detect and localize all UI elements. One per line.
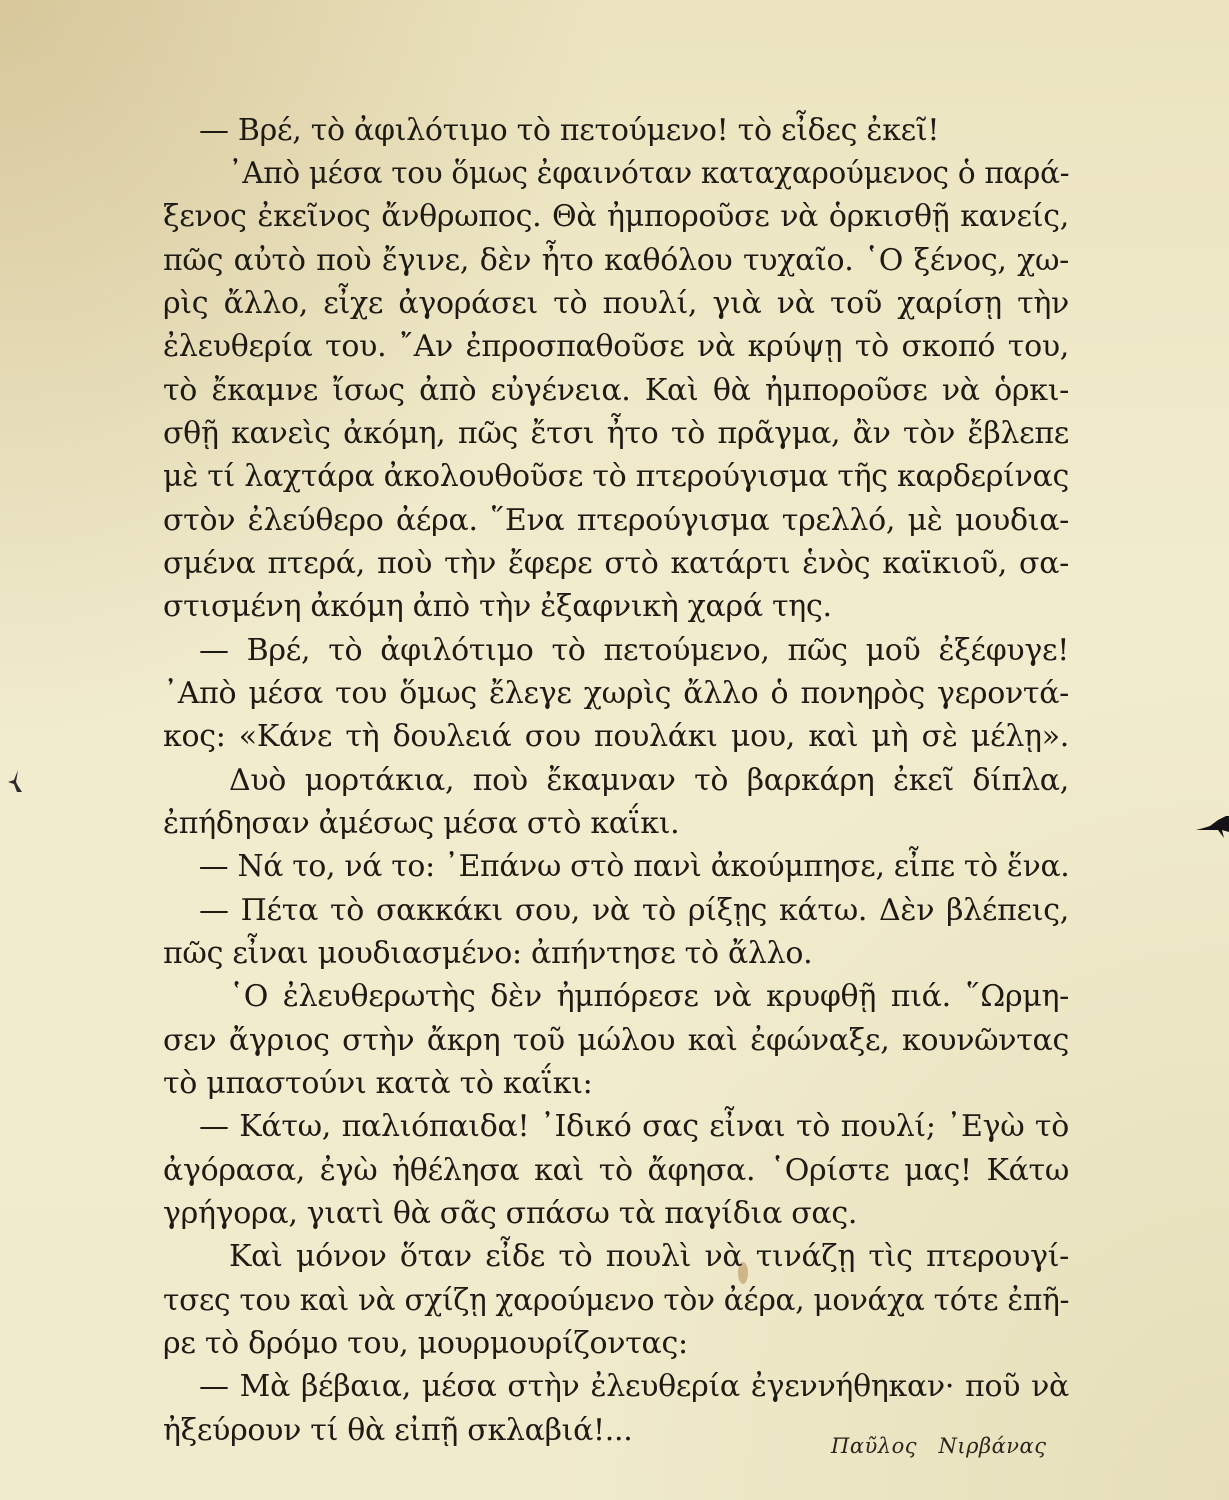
- text-line: — Νά το, νά το: ᾽Επάνω στὸ πανὶ ἀκούμπησ…: [163, 844, 1069, 890]
- text-line: μὲ τί λαχτάρα ἀκολουθοῦσε τὸ πτερούγισμα…: [163, 454, 1069, 500]
- text-line: ῾Ο ἐλευθερωτὴς δὲν ἠμπόρεσε νὰ κρυφθῇ πι…: [163, 974, 1069, 1020]
- text-line: πῶς αὐτὸ ποὺ ἔγινε, δὲν ἦτο καθόλου τυχα…: [163, 238, 1069, 284]
- text-line: Δυὸ μορτάκια, ποὺ ἔκαμναν τὸ βαρκάρη ἐκε…: [163, 758, 1069, 804]
- text-line: σεν ἄγριος στὴν ἄκρη τοῦ μώλου καὶ ἐφώνα…: [163, 1018, 1069, 1064]
- author-signature: Παῦλος Νιρβάνας: [831, 1434, 1047, 1458]
- text-line: ᾽Απὸ μέσα του ὅμως ἔλεγε χωρὶς ἄλλο ὁ πο…: [163, 671, 1069, 717]
- text-line: ρὶς ἄλλο, εἶχε ἀγοράσει τὸ πουλί, γιὰ νὰ…: [163, 281, 1069, 327]
- text-line: κος: «Κάνε τὴ δουλειά σου πουλάκι μου, κ…: [163, 714, 1069, 760]
- text-line: ἐπήδησαν ἀμέσως μέσα στὸ καΐκι.: [163, 801, 679, 847]
- margin-ink-mark-left: [6, 770, 24, 800]
- text-line: ᾽Απὸ μέσα του ὅμως ἐφαινόταν καταχαρούμε…: [163, 151, 1069, 197]
- text-line: ξενος ἐκεῖνος ἄνθρωπος. Θὰ ἠμποροῦσε νὰ …: [163, 194, 1069, 240]
- text-line: τὸ ἔκαμνε ἴσως ἀπὸ εὐγένεια. Καὶ θὰ ἠμπο…: [163, 368, 1069, 414]
- text-line: ἐλευθερία του. ῎Αν ἐπροσπαθοῦσε νὰ κρύψῃ…: [163, 324, 1069, 370]
- text-line: Καὶ μόνον ὅταν εἶδε τὸ πουλὶ νὰ τινάζῃ τ…: [163, 1234, 1069, 1280]
- text-line: πῶς εἶναι μουδιασμένο: ἀπήντησε τὸ ἄλλο.: [163, 931, 812, 977]
- text-line: στισμένη ἀκόμη ἀπὸ τὴν ἐξαφνικὴ χαρά της…: [163, 584, 832, 630]
- text-line: στὸν ἐλεύθερο ἀέρα. ῞Ενα πτερούγισμα τρε…: [163, 498, 1069, 544]
- margin-ink-mark-right: [1196, 812, 1229, 842]
- text-line: — Βρέ, τὸ ἀφιλότιμο τὸ πετούμενο! τὸ εἶδ…: [163, 108, 939, 154]
- text-line: σμένα πτερά, ποὺ τὴν ἔφερε στὸ κατάρτι ἑ…: [163, 541, 1069, 587]
- text-line: τὸ μπαστούνι κατὰ τὸ καΐκι:: [163, 1061, 592, 1107]
- text-line: σθῇ κανεὶς ἀκόμη, πῶς ἔτσι ἦτο τὸ πρᾶγμα…: [163, 411, 1069, 457]
- text-line: — Μὰ βέβαια, μέσα στὴν ἐλευθερία ἐγεννήθ…: [163, 1364, 1069, 1410]
- text-line: — Βρέ, τὸ ἀφιλότιμο τὸ πετούμενο, πῶς μο…: [163, 628, 1069, 674]
- text-line: γρήγορα, γιατὶ θὰ σᾶς σπάσω τὰ παγίδια σ…: [163, 1191, 857, 1237]
- text-line: — Κάτω, παλιόπαιδα! ᾽Ιδικό σας εἶναι τὸ …: [163, 1104, 1069, 1150]
- text-line: — Πέτα τὸ σακκάκι σου, νὰ τὸ ρίξῃς κάτω.…: [163, 888, 1069, 934]
- text-line: ἠξεύρουν τί θὰ εἰπῇ σκλαβιά!...: [163, 1408, 633, 1454]
- text-line: ρε τὸ δρόμο του, μουρμουρίζοντας:: [163, 1321, 688, 1367]
- text-line: ἀγόρασα, ἐγὼ ἠθέλησα καὶ τὸ ἄφησα. ῾Ορίσ…: [163, 1148, 1069, 1194]
- text-line: τσες του καὶ νὰ σχίζῃ χαρούμενο τὸν ἀέρα…: [163, 1278, 1069, 1324]
